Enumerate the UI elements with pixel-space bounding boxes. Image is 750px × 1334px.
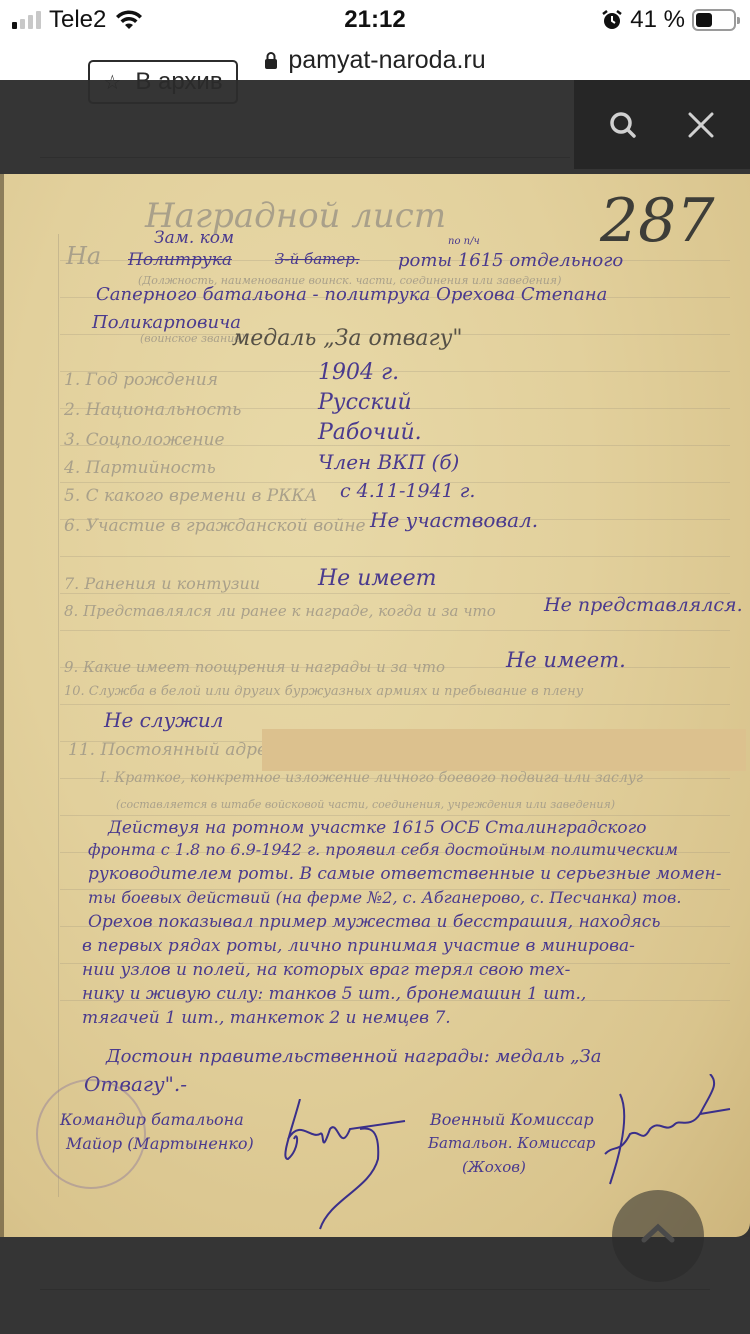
field-value: Не служил	[104, 708, 224, 732]
divider	[40, 157, 570, 158]
patronymic: Поликарповича	[92, 312, 241, 333]
narrative-line: в первых рядах роты, лично принимая учас…	[82, 936, 635, 956]
signatory-title: Командир батальона	[60, 1110, 244, 1129]
viewer-toolbar	[574, 80, 750, 169]
search-button[interactable]	[601, 103, 645, 147]
unit-note: по п/ч	[448, 236, 480, 247]
narrative-line: нику и живую силу: танков 5 шт., бронема…	[82, 984, 586, 1004]
field-label: 2. Национальность	[64, 400, 241, 420]
document-image[interactable]: Наградной лист 287 На Зам. ком Политрука…	[0, 174, 750, 1237]
narrative-line: руководителем роты. В самые ответственны…	[88, 864, 721, 884]
field-label: 6. Участие в гражданской войне	[64, 516, 366, 536]
viewer-header: ☆ В архив	[0, 80, 750, 174]
lock-icon	[264, 51, 278, 69]
divider	[40, 1289, 710, 1290]
signatory-title: Батальон. Комиссар	[428, 1134, 595, 1152]
field-label: 9. Какие имеет поощрения и награды и за …	[64, 658, 445, 676]
prefix: На	[66, 242, 101, 270]
field-label: 3. Соцположение	[64, 430, 225, 450]
field-label: 5. С какого времени в РККА	[64, 486, 317, 506]
signature-left	[270, 1099, 420, 1237]
url-text[interactable]: pamyat-naroda.ru	[288, 46, 485, 75]
narrative-line: Орехов показывал пример мужества и бесст…	[88, 912, 661, 932]
battery-percent: 41 %	[630, 6, 685, 34]
close-button[interactable]	[679, 103, 723, 147]
field-label: 4. Партийность	[64, 458, 216, 478]
status-bar: Tele2 21:12 41 %	[0, 0, 750, 40]
narrative-line: Действуя на ротном участке 1615 ОСБ Стал…	[108, 818, 646, 838]
field-value: 1904 г.	[318, 360, 399, 385]
unit-struck: 3-й батер.	[275, 250, 360, 268]
archive-button-label: В архив	[135, 68, 222, 96]
ruled-margin	[58, 234, 59, 1197]
field-value: Член ВКП (б)	[318, 450, 459, 474]
redacted-address	[262, 729, 746, 771]
signal-icon	[12, 11, 41, 29]
paper-edge	[0, 174, 4, 1237]
field-value: Не представлялся.	[544, 594, 743, 616]
narrative-line: ты боевых действий (на ферме №2, с. Абга…	[88, 888, 681, 907]
field-value: с 4.11-1941 г.	[340, 480, 475, 502]
scroll-to-top-button[interactable]	[612, 1190, 704, 1282]
field-value: Не участвовал.	[370, 508, 538, 532]
search-icon	[607, 109, 639, 141]
unit: роты 1615 отдельного	[398, 250, 623, 271]
name-line: Саперного батальона - политрука Орехова …	[96, 284, 607, 305]
conclusion-line: Достоин правительственной награды: медал…	[106, 1046, 601, 1067]
field-value: Русский	[318, 390, 412, 415]
close-icon	[685, 109, 717, 141]
archive-number: 287	[600, 186, 715, 256]
narrative-line: тягачей 1 шт., танкеток 2 и немцев 7.	[82, 1008, 451, 1028]
field-value: Не имеет.	[506, 648, 626, 672]
field-label: 7. Ранения и контузии	[64, 574, 260, 593]
position-struck: Политрука	[128, 250, 232, 270]
signatory-name: Майор (Мартыненко)	[66, 1134, 254, 1153]
signatory-title: Военный Комиссар	[430, 1110, 594, 1129]
carrier-name: Tele2	[49, 6, 106, 34]
field-label: 8. Представлялся ли ранее к награде, ког…	[64, 602, 496, 620]
field-label: 10. Служба в белой или других буржуазных…	[64, 684, 583, 699]
award-name: медаль „За отвагу"	[232, 326, 463, 351]
star-icon: ☆	[103, 70, 121, 95]
field-label: 11. Постоянный адрес:	[68, 740, 282, 760]
wifi-icon	[114, 9, 144, 31]
chevron-up-icon	[640, 1223, 676, 1243]
position-correction: Зам. ком	[154, 228, 234, 248]
narrative-line: нии узлов и полей, на которых враг терял…	[82, 960, 570, 980]
battery-icon	[692, 9, 736, 31]
signature-right	[580, 1074, 740, 1194]
signatory-name: (Жохов)	[462, 1158, 526, 1176]
archive-button[interactable]: ☆ В архив	[88, 60, 238, 104]
rank-hint: (воинское звание)	[140, 332, 245, 345]
section-heading: I. Краткое, конкретное изложение личного…	[100, 770, 643, 786]
field-label: 1. Год рождения	[64, 370, 218, 390]
field-value: Рабочий.	[318, 420, 422, 445]
narrative-line: фронта с 1.8 по 6.9-1942 г. проявил себя…	[88, 840, 678, 859]
section-hint: (составляется в штабе войсковой части, с…	[116, 798, 615, 811]
field-value: Не имеет	[318, 566, 437, 591]
alarm-icon	[601, 9, 623, 31]
